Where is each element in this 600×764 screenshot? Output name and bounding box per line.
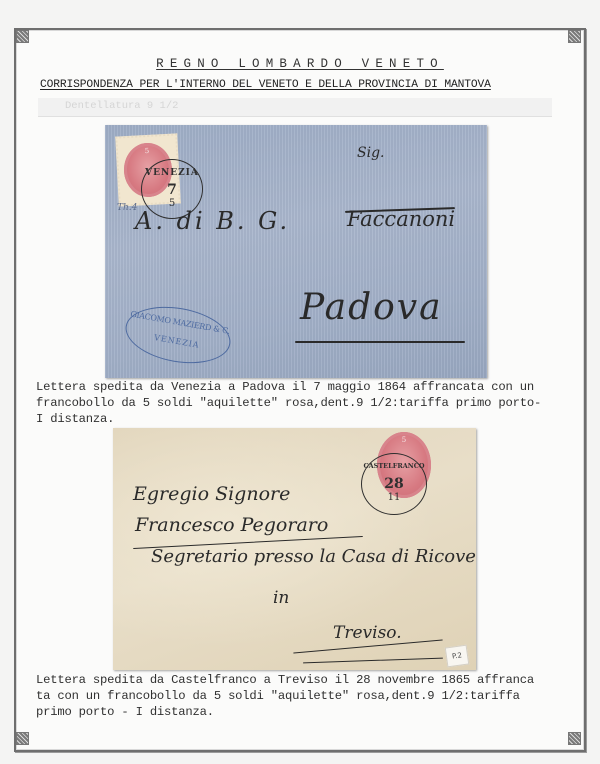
cover-caption-1: Lettera spedita da Venezia a Padova il 7…: [36, 379, 566, 427]
address-salutation: Sig.: [357, 145, 384, 161]
address-line-4: in: [273, 588, 289, 608]
page-title: REGNO LOMBARDO VENETO: [0, 57, 600, 71]
sender-cachet: GIACOMO MAZIERD & C. VENEZIA: [121, 299, 235, 371]
address-line-2: Francesco Pegoraro: [135, 514, 328, 536]
address-line-3: Segretario presso la Casa di Ricovero: [151, 546, 476, 567]
address-city: Treviso.: [333, 623, 402, 643]
address-line-1: A. di B. G.: [135, 207, 290, 235]
address-city: Padova: [300, 287, 443, 328]
page-subtitle: CORRISPONDENZA PER L'INTERNO DEL VENETO …: [40, 79, 550, 91]
postal-cover-castelfranco[interactable]: 5 CASTELFRANCO 28 11 Egregio Signore Fra…: [113, 428, 476, 670]
postmark-castelfranco: CASTELFRANCO 28 11: [361, 453, 427, 515]
reference-label: P.2: [445, 645, 470, 668]
ornament-icon: [16, 732, 29, 745]
postal-cover-venezia[interactable]: 5 VENEZIA 7 5 Th.4 Sig. A. di B. G. Facc…: [105, 125, 487, 378]
ornament-icon: [16, 30, 29, 43]
flourish-line: [295, 341, 465, 343]
section-label: Dentellatura 9 1/2: [65, 100, 178, 112]
address-line-1: Egregio Signore: [133, 483, 290, 505]
ornament-icon: [568, 30, 581, 43]
ornament-icon: [568, 732, 581, 745]
flourish-line: [303, 658, 443, 664]
cover-caption-2: Lettera spedita da Castelfranco a Trevis…: [36, 672, 566, 720]
